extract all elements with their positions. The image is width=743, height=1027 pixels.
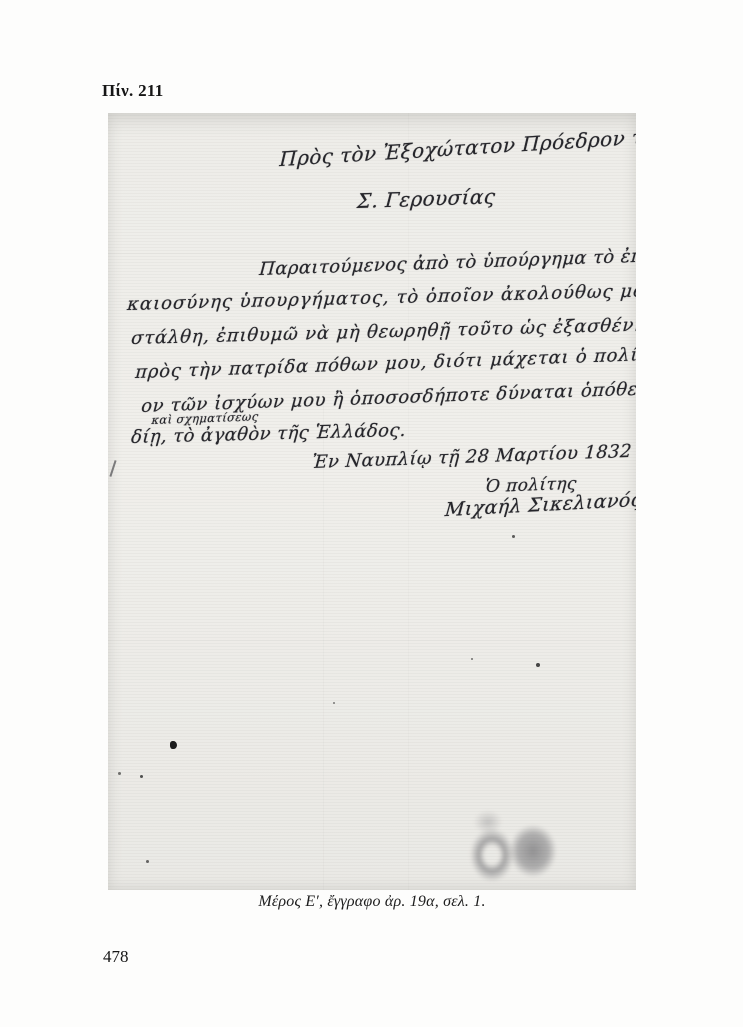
manuscript-body-line: καιοσύνης ὑπουργήματος, τὸ ὁποῖον ἀκολού…: [126, 279, 636, 315]
paper-crease-vertical: [408, 113, 409, 890]
manuscript-date-line: Ἐν Ναυπλίῳ τῇ 28 Μαρτίου 1832 ε.η.: [312, 439, 636, 473]
paper-crease-vertical: [323, 403, 324, 890]
ink-stain-solid: [505, 820, 561, 882]
ink-speck: [118, 772, 121, 775]
ink-speck: [140, 775, 143, 778]
ink-speck: [333, 702, 335, 704]
page-number: 478: [103, 947, 129, 967]
manuscript-heading-line: Σ. Γερουσίας: [356, 184, 496, 213]
ink-speck: [170, 741, 177, 749]
margin-pen-mark: [109, 460, 116, 477]
paper-crease-horizontal: [108, 640, 636, 641]
manuscript-body-line: πρὸς τὴν πατρίδα πόθων μου, διότι μάχετα…: [135, 342, 636, 384]
ink-speck: [512, 535, 515, 538]
ink-speck: [471, 658, 473, 660]
ink-speck: [536, 663, 540, 667]
manuscript-signature-line: Μιχαήλ Σικελιανός: [444, 489, 636, 521]
ink-speck: [146, 860, 149, 863]
plate-label: Πίν. 211: [102, 81, 164, 101]
manuscript-heading-line: Πρὸς τὸν Ἐξοχώτατον Πρόεδρον τῆς: [279, 123, 636, 171]
book-page: Πίν. 211 Πρὸς τὸν Ἐξοχώτατον Πρόεδρον τῆ…: [0, 0, 743, 1027]
figure-caption: Μέρος Ε′, ἔγγραφο ἀρ. 19α, σελ. 1.: [108, 893, 636, 911]
manuscript-photo: Πρὸς τὸν Ἐξοχώτατον Πρόεδρον τῆς Σ. Γερο…: [108, 113, 636, 890]
manuscript-body-line: Παραιτούμενος ἀπὸ τὸ ὑπούργημα τὸ ἐπὶ τῆ…: [259, 243, 636, 280]
manuscript-body-line: στάλθη, ἐπιθυμῶ νὰ μὴ θεωρηθῇ τοῦτο ὡς ἐ…: [130, 313, 636, 350]
